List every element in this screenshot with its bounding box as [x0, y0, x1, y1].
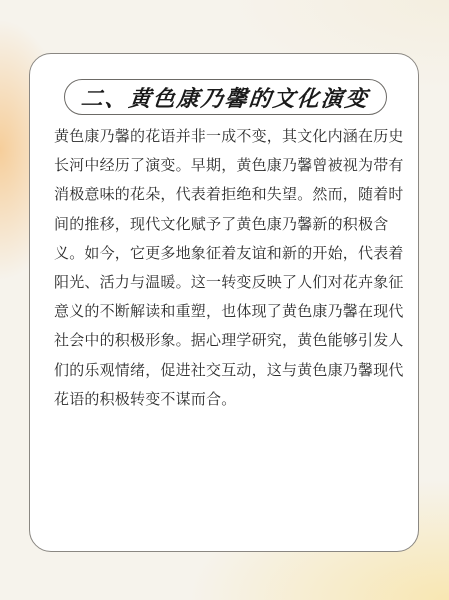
paragraph-line: 义。如今，它更多地象征着友谊和新的开始，代表着 [54, 239, 396, 268]
paragraph-line: 花语的积极转变不谋而合。 [54, 385, 396, 414]
section-title: 二、黄色康乃馨的文化演变 [80, 82, 371, 113]
body-paragraph: 黄色康乃馨的花语并非一成不变，其文化内涵在历史 长河中经历了演变。早期，黄色康乃… [54, 122, 396, 414]
paragraph-line: 黄色康乃馨的花语并非一成不变，其文化内涵在历史 [54, 122, 396, 151]
paragraph-line: 阳光、活力与温暖。这一转变反映了人们对花卉象征 [54, 268, 396, 297]
paragraph-line: 们的乐观情绪，促进社交互动，这与黄色康乃馨现代 [54, 356, 396, 385]
paragraph-line: 消极意味的花朵，代表着拒绝和失望。然而，随着时 [54, 180, 396, 209]
section-title-pill: 二、黄色康乃馨的文化演变 [64, 79, 387, 115]
paragraph-line: 长河中经历了演变。早期，黄色康乃馨曾被视为带有 [54, 151, 396, 180]
paragraph-line: 社会中的积极形象。据心理学研究，黄色能够引发人 [54, 326, 396, 355]
paragraph-line: 意义的不断解读和重塑，也体现了黄色康乃馨在现代 [54, 297, 396, 326]
paragraph-line: 间的推移，现代文化赋予了黄色康乃馨新的积极含 [54, 210, 396, 239]
content-card: 二、黄色康乃馨的文化演变 黄色康乃馨的花语并非一成不变，其文化内涵在历史 长河中… [29, 53, 419, 552]
